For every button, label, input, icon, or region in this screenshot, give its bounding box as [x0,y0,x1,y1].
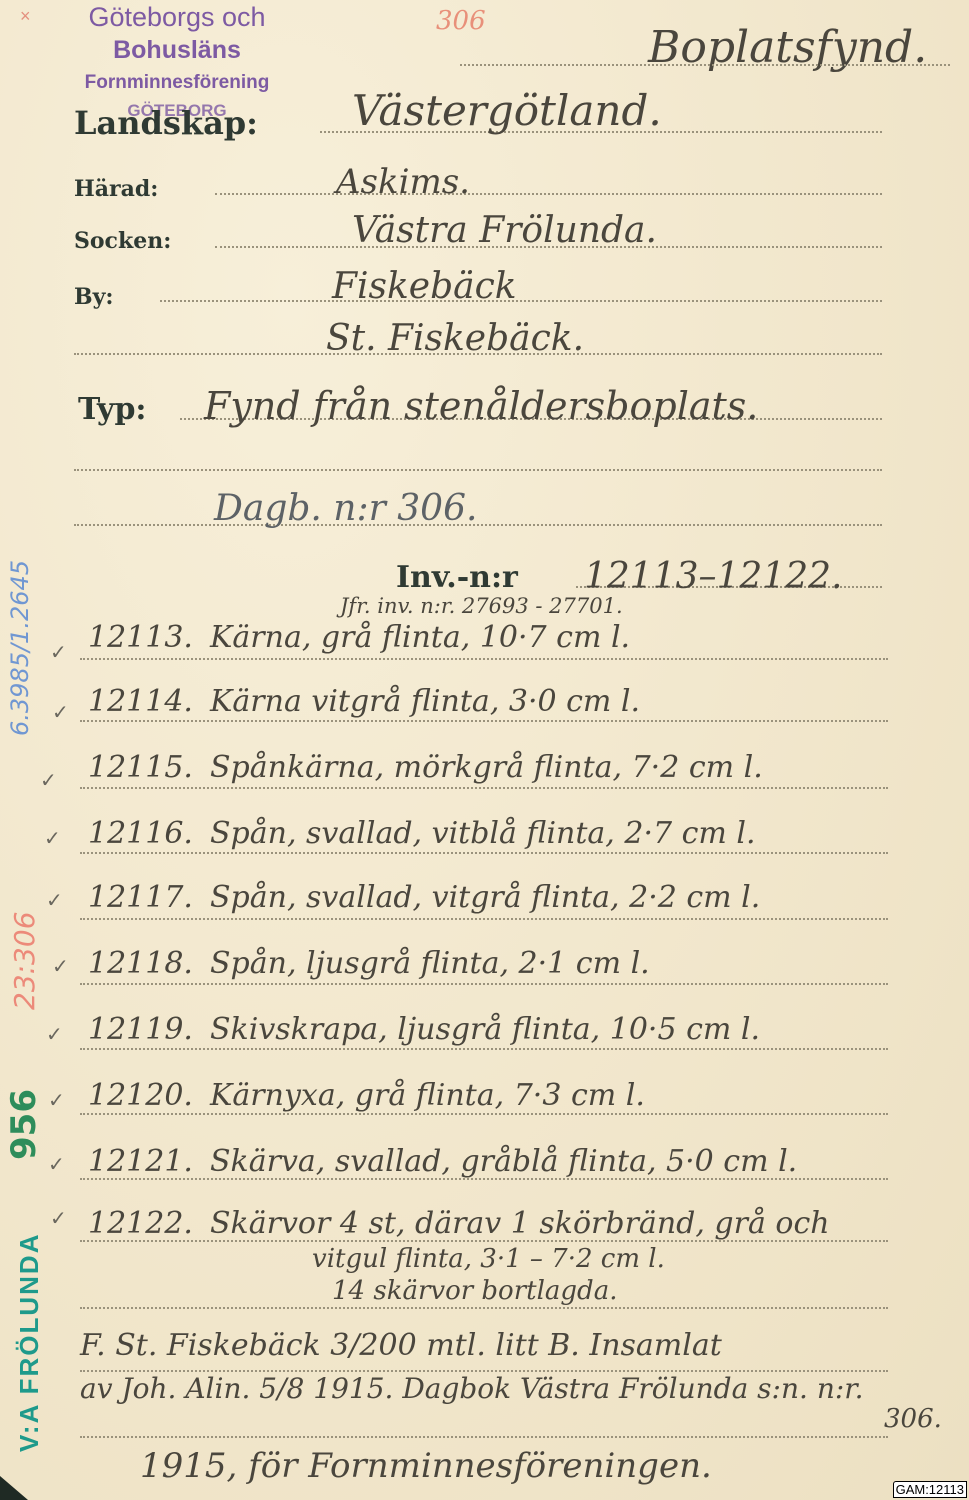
dotted-line [80,918,888,920]
check-mark: ✓ [52,700,69,724]
item-description-cont: 14 skärvor bortlagda. [332,1276,617,1306]
socken-value: Västra Frölunda. [352,210,657,251]
check-mark: ✓ [52,954,69,978]
inventory-range: 12113–12122. [584,556,843,597]
item-description: Spån, svallad, vitgrå flinta, 2·2 cm l. [210,880,760,915]
stamp-line-3: Fornminnesförening [52,73,302,92]
diary-number: Dagb. n:r 306. [214,488,477,529]
margin-blue-note: 6.3985/1.2645 [6,560,34,736]
item-number: 12116. [88,816,193,851]
check-mark: ✓ [46,1022,63,1046]
item-number: 12120. [88,1078,193,1113]
margin-locality-stamp: V:A FRÖLUNDA [14,1233,45,1452]
check-mark: ✓ [50,1206,67,1230]
stamp-line-2: Bohusläns [52,38,302,63]
item-description: Spån, svallad, vitblå flinta, 2·7 cm l. [210,816,756,851]
dotted-line [80,1048,888,1050]
margin-green-number: 956 [4,1089,44,1160]
item-description: Skivskrapa, ljusgrå flinta, 10·5 cm l. [210,1012,760,1047]
cross-mark: × [20,6,31,27]
item-description: Kärnyxa, grå flinta, 7·3 cm l. [210,1078,645,1113]
item-description: Kärna, grå flinta, 10·7 cm l. [210,620,630,655]
item-number: 12114. [88,684,193,719]
stamp-line-1: Göteborgs och [52,4,302,31]
item-description: Skärvor 4 st, därav 1 skörbränd, grå och [210,1206,830,1241]
dotted-line [80,787,888,789]
dotted-line [80,1436,888,1438]
socken-label: Socken: [74,228,171,254]
dotted-line [460,64,950,66]
landskap-label: Landskap: [74,104,258,142]
check-mark: ✓ [46,888,63,912]
dotted-line [80,852,888,854]
by-label: By: [74,284,114,310]
item-description: Skärva, svallad, gråblå flinta, 5·0 cm l… [210,1144,797,1179]
item-description: Spån, ljusgrå flinta, 2·1 cm l. [210,946,650,981]
item-number: 12119. [88,1012,193,1047]
item-number: 12113. [88,620,193,655]
card-corner [0,1470,28,1500]
dotted-line [160,300,882,302]
catalog-label: GAM:12113 [893,1481,967,1498]
margin-red-note: 23:306 [8,911,41,1010]
dotted-line [80,1307,888,1309]
harad-value: Askims. [336,162,470,202]
item-description: Spånkärna, mörkgrå flinta, 7·2 cm l. [210,750,763,785]
item-number: 12117. [88,880,193,915]
by-value: Fiskebäck [332,266,517,307]
typ-value: Fynd från stenåldersboplats. [204,384,758,428]
acquisition-note: 1915, för Fornminnesföreningen. [140,1446,712,1486]
item-number: 12121. [88,1144,193,1179]
item-number: 12118. [88,946,193,981]
typ-label: Typ: [78,392,147,427]
check-mark: ✓ [40,768,57,792]
dotted-line [80,983,888,985]
check-mark: ✓ [44,826,61,850]
dotted-line [80,1113,888,1115]
inventory-cross-reference: Jfr. inv. n:r. 27693 - 27701. [340,594,623,618]
find-note-line-1: F. St. Fiskebäck 3/200 mtl. litt B. Insa… [80,1328,722,1363]
find-note-line-2: av Joh. Alin. 5/8 1915. Dagbok Västra Fr… [80,1372,864,1405]
society-stamp: Göteborgs och Bohusläns Fornminnesföreni… [52,0,302,120]
item-description: Kärna vitgrå flinta, 3·0 cm l. [210,684,640,719]
dotted-line [80,658,888,660]
harad-label: Härad: [74,176,158,202]
item-description-cont: vitgul flinta, 3·1 – 7·2 cm l. [312,1244,665,1274]
dotted-line [215,193,882,195]
landskap-value: Västergötland. [352,86,662,135]
dotted-line [74,469,882,471]
red-catalog-number: 306 [436,6,486,36]
by-value-2: St. Fiskebäck. [326,318,584,359]
check-mark: ✓ [50,640,67,664]
item-number: 12122. [88,1206,193,1241]
inventory-label: Inv.-n:r [396,560,518,595]
item-number: 12115. [88,750,193,785]
check-mark: ✓ [48,1152,65,1176]
dotted-line [80,720,888,722]
find-note-line-3: 306. [884,1404,942,1434]
check-mark: ✓ [48,1088,65,1112]
dotted-line [74,524,882,526]
